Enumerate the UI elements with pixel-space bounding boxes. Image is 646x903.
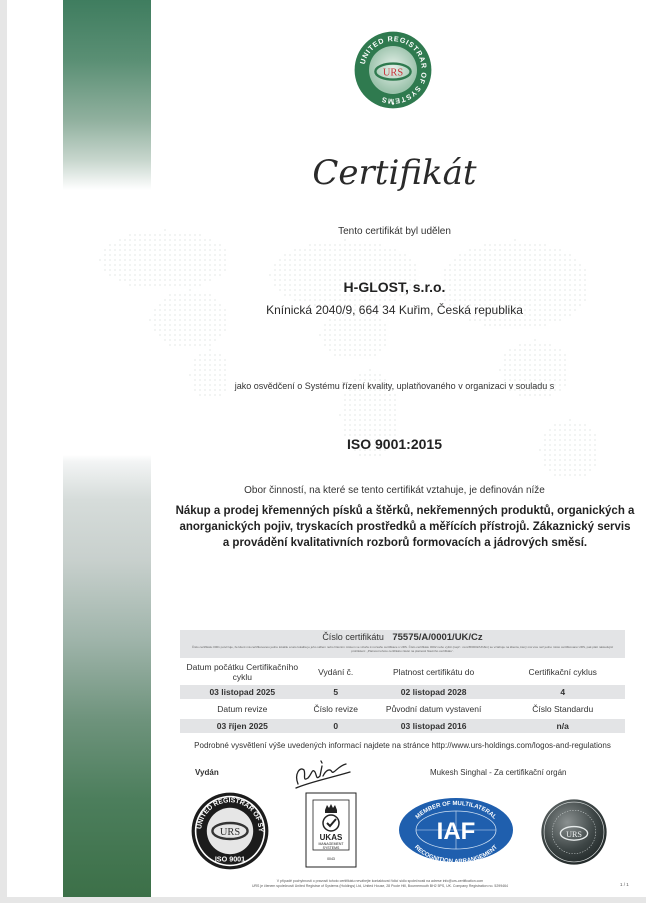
header-standard-no: Číslo Standardu	[500, 701, 625, 717]
company-name: H-GLOST, s.r.o.	[150, 279, 639, 295]
footer-company-text: URS je členem společnosti United Registr…	[180, 884, 580, 888]
value-standard-no: n/a	[500, 719, 625, 733]
svg-text:URS: URS	[220, 827, 240, 838]
header-issue-no: Vydání č.	[305, 661, 367, 683]
signature-icon	[290, 752, 355, 792]
header-cycle-start: Datum počátku Certifikačního cyklu	[180, 661, 305, 683]
certificate-number-box: Číslo certifikátu 75575/A/0001/UK/Cz Čís…	[180, 630, 625, 658]
header-original-date: Původní datum vystavení	[367, 701, 501, 717]
table-row: 03 říjen 2025 0 03 listopad 2016 n/a	[180, 719, 625, 733]
svg-text:SYSTEMS: SYSTEMS	[323, 846, 340, 850]
company-address: Knínická 2040/9, 664 34 Kuřim, Česká rep…	[150, 303, 639, 317]
table-row: Datum počátku Certifikačního cyklu Vydán…	[180, 661, 625, 683]
value-cycle-start: 03 listopad 2025	[180, 685, 305, 699]
granted-text: Tento certifikát byl udělen	[150, 226, 639, 237]
urs-logo-icon: UNITED REGISTRAR OF SYSTEMS URS	[353, 30, 433, 110]
svg-text:IAF: IAF	[437, 818, 476, 845]
value-revision-date: 03 říjen 2025	[180, 719, 305, 733]
header-revision-no: Číslo revize	[305, 701, 367, 717]
urs-seal-icon: URS	[540, 798, 608, 866]
value-valid-until: 02 listopad 2028	[367, 685, 501, 699]
svg-text:URS: URS	[566, 830, 582, 839]
certificate-number-value: 75575/A/0001/UK/Cz	[392, 632, 482, 643]
value-issue-no: 5	[305, 685, 367, 699]
issued-label: Vydán	[195, 768, 219, 777]
table-row: 03 listopad 2025 5 02 listopad 2028 4	[180, 685, 625, 699]
certificate-title: Certifikát	[150, 153, 639, 193]
regulations-link-text: Podrobné vysvětlení výše uvedených infor…	[180, 741, 625, 750]
svg-text:ISO 9001: ISO 9001	[215, 854, 245, 863]
svg-text:0043: 0043	[327, 857, 335, 861]
scope-text: Nákup a prodej křemenných písků a štěrků…	[175, 503, 635, 551]
certificate-number-fine-print: Číslo certifikátu 0001 potvrzuje, že kli…	[184, 645, 621, 653]
signer-name: Mukesh Singhal - Za certifikační orgán	[430, 768, 567, 777]
value-original-date: 03 listopad 2016	[367, 719, 501, 733]
certification-statement: jako osvědčení o Systému řízení kvality,…	[150, 381, 639, 391]
header-valid-until: Platnost certifikátu do	[367, 661, 501, 683]
urs-iso-9001-badge-icon: UNITED REGISTRAR OF SYSTEMS ISO 9001 URS	[190, 791, 270, 871]
iaf-mla-badge-icon: IAF MEMBER OF MULTILATERAL RECOGNITION A…	[398, 797, 514, 863]
svg-text:UKAS: UKAS	[320, 833, 343, 842]
header-cycle: Certifikační cyklus	[500, 661, 625, 683]
footer-contact-text: V případě pochybností o pravosti tohoto …	[180, 879, 580, 883]
table-row: Datum revize Číslo revize Původní datum …	[180, 701, 625, 717]
value-revision-no: 0	[305, 719, 367, 733]
header-revision-date: Datum revize	[180, 701, 305, 717]
certificate-number-label: Číslo certifikátu	[322, 632, 384, 642]
scope-intro: Obor činností, na které se tento certifi…	[150, 485, 639, 496]
svg-text:URS: URS	[383, 68, 403, 79]
standard-name: ISO 9001:2015	[150, 436, 639, 452]
ukas-badge-icon: UKAS MANAGEMENT SYSTEMS 0043	[305, 792, 357, 868]
page-number: 1 / 1	[620, 882, 629, 887]
certificate-details-table: Datum počátku Certifikačního cyklu Vydán…	[180, 659, 625, 735]
certificate-number: Číslo certifikátu 75575/A/0001/UK/Cz	[180, 632, 625, 643]
value-cycle: 4	[500, 685, 625, 699]
